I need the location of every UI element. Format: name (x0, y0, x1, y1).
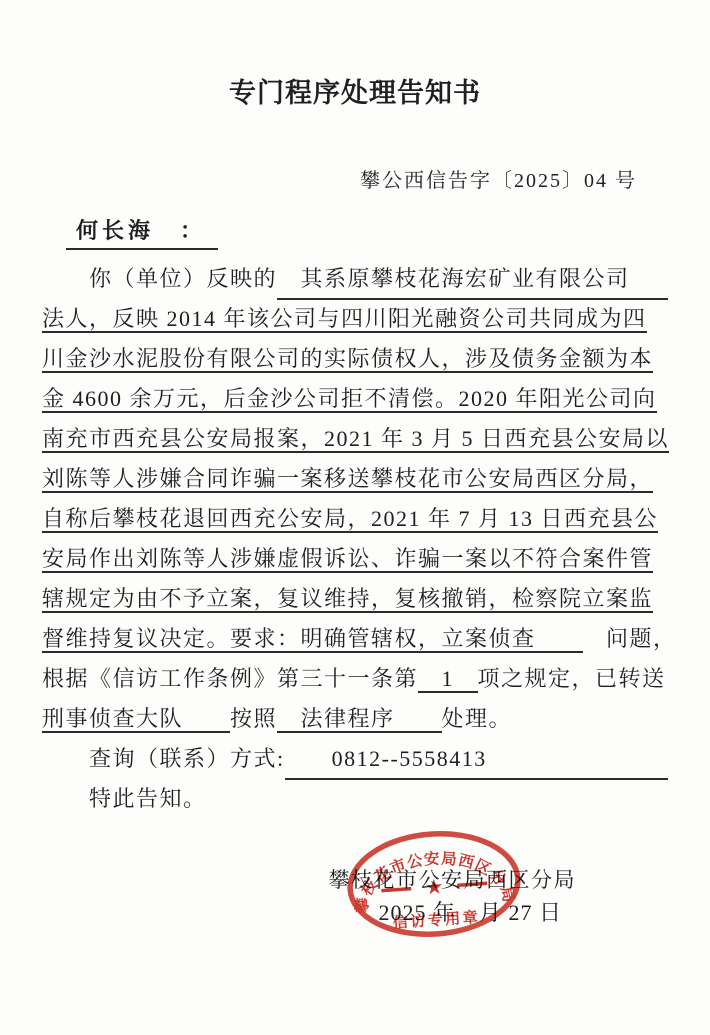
form-text: 查询（联系）方式: (42, 740, 285, 780)
form-text: 处理。 (442, 706, 513, 731)
body-line: 南充市西充县公安局报案，2021 年 3 月 5 日西充县公安局以 (42, 420, 668, 460)
body-line: 根据《信访工作条例》第三十一条第 1 项之规定，已转送 (42, 660, 668, 700)
body-line: 刘陈等人涉嫌合同诈骗一案移送攀枝花市公安局西区分局， (42, 460, 668, 500)
form-text: 项之规定，已转送 (478, 666, 666, 691)
body-text: 你（单位）反映的 其系原攀枝花海宏矿业有限公司法人，反映 2014 年该公司与四… (42, 260, 668, 820)
filled-blank-text: 自称后攀枝花退回西充公安局，2021 年 7 月 13 日西充县公 (42, 506, 658, 533)
addressee-line: 何长海 ： (42, 216, 668, 246)
addressee-name: 何长海 ： (66, 216, 218, 250)
filled-blank-text: 刘陈等人涉嫌合同诈骗一案移送攀枝花市公安局西区分局， (42, 466, 653, 493)
body-line: 督维持复议决定。要求：明确管辖权，立案侦查 问题， (42, 620, 668, 660)
form-text: 你（单位）反映的 (42, 260, 277, 300)
body-line: 自称后攀枝花退回西充公安局，2021 年 7 月 13 日西充县公 (42, 500, 668, 540)
filled-blank-text: 刑事侦查大队 (42, 706, 230, 733)
form-text: 问题， (583, 626, 677, 651)
filled-blank-text: 1 (418, 666, 478, 693)
seal-star-icon: ★ (424, 874, 444, 899)
document-page: 专门程序处理告知书 攀公西信告字〔2025〕04 号 何长海 ： 你（单位）反映… (0, 0, 710, 1035)
body-line: 金 4600 余万元，后金沙公司拒不清偿。2020 年阳光公司向 (42, 380, 668, 420)
body-line: 查询（联系）方式: 0812--5558413 (42, 740, 668, 780)
body-line: 特此告知。 (42, 780, 668, 820)
document-title: 专门程序处理告知书 (42, 76, 668, 110)
filled-blank-text: 南充市西充县公安局报案，2021 年 3 月 5 日西充县公安局以 (42, 426, 669, 453)
body-line: 你（单位）反映的 其系原攀枝花海宏矿业有限公司 (42, 260, 668, 300)
body-line: 安局作出刘陈等人涉嫌虚假诉讼、诈骗一案以不符合案件管 (42, 540, 668, 580)
body-line: 川金沙水泥股份有限公司的实际债权人，涉及债务金额为本 (42, 340, 668, 380)
form-text: 根据《信访工作条例》第三十一条第 (42, 666, 418, 691)
body-line: 辖规定为由不予立案，复议维持，复核撤销，检察院立案监 (42, 580, 668, 620)
filled-blank-text: 其系原攀枝花海宏矿业有限公司 (277, 260, 668, 300)
body-line: 法人，反映 2014 年该公司与四川阳光融资公司共同成为四 (42, 300, 668, 340)
seal-right-dash (457, 883, 487, 885)
form-text: 按照 (230, 706, 277, 731)
filled-blank-text: 法律程序 (277, 706, 442, 733)
filled-blank-text: 法人，反映 2014 年该公司与四川阳光融资公司共同成为四 (42, 306, 647, 333)
doc-number: 攀公西信告字〔2025〕04 号 (42, 168, 668, 194)
filled-blank-text: 辖规定为由不予立案，复议维持，复核撤销，检察院立案监 (42, 586, 653, 613)
filled-blank-text: 0812--5558413 (285, 740, 668, 780)
form-text: 特此告知。 (42, 786, 207, 811)
filled-blank-text: 安局作出刘陈等人涉嫌虚假诉讼、诈骗一案以不符合案件管 (42, 546, 653, 573)
filled-blank-text: 督维持复议决定。要求：明确管辖权，立案侦查 (42, 626, 583, 653)
body-line: 刑事侦查大队 按照 法律程序 处理。 (42, 700, 668, 740)
seal-left-dash (381, 889, 411, 891)
filled-blank-text: 川金沙水泥股份有限公司的实际债权人，涉及债务金额为本 (42, 346, 653, 373)
official-seal: 攀枝花市公安局西区分局 ★ 信访专用章 (341, 824, 526, 944)
filled-blank-text: 金 4600 余万元，后金沙公司拒不清偿。2020 年阳光公司向 (42, 386, 657, 413)
